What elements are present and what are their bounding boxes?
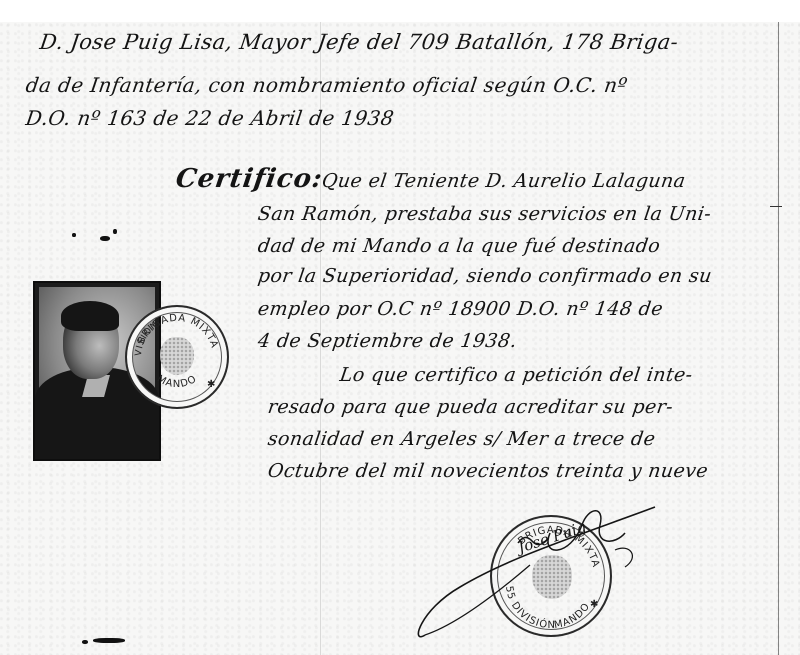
closing-line-4: Octubre del mil novecientos treinta y nu… <box>266 460 709 482</box>
header-line-2: da de Infantería, con nombramiento ofici… <box>24 73 629 97</box>
fold-line-right <box>778 22 779 655</box>
body-line-5: empleo por O.C nº 18900 D.O. nº 148 de <box>256 298 664 320</box>
ink-blot <box>100 236 110 241</box>
stamp-bottom-text: MANDO <box>155 374 199 391</box>
signature-flourish-icon: Jose Puig <box>400 495 660 655</box>
body-line-6: 4 de Septiembre de 1938. <box>256 330 518 352</box>
ink-blot <box>82 640 88 644</box>
header-line-3: D.O. nº 163 de 22 de Abril de 1938 <box>24 106 395 130</box>
body-line-3: dad de mi Mando a la que fué destinado <box>256 235 661 257</box>
signature: Jose Puig <box>400 495 660 655</box>
certifico-label: Certifico: <box>174 164 325 194</box>
closing-line-3: sonalidad en Argeles s/ Mer a trece de <box>266 428 656 450</box>
fold-tick-mark <box>770 206 782 207</box>
header-line-1: D. Jose Puig Lisa, Mayor Jefe del 709 Ba… <box>38 30 680 54</box>
ink-blot <box>113 229 117 234</box>
svg-text:DIVISIÓN: DIVISIÓN <box>123 300 161 357</box>
body-line-1: Que el Teniente D. Aurelio Lalaguna <box>320 170 687 192</box>
body-line-2: San Ramón, prestaba sus servicios en la … <box>256 203 712 225</box>
brigade-stamp-photo: BRIGADA MIXTA DIVISIÓN MANDO ✱ <box>125 305 229 409</box>
ink-blot <box>72 233 76 237</box>
svg-text:MANDO: MANDO <box>155 374 199 391</box>
ink-blot <box>93 638 125 643</box>
star-icon: ✱ <box>207 379 216 390</box>
closing-line-2: resado para que pueda acreditar su per- <box>266 396 674 418</box>
stamp-left-text: DIVISIÓN <box>123 300 161 357</box>
closing-line-1: Lo que certifico a petición del inte- <box>338 364 694 386</box>
signature-text: Jose Puig <box>513 518 589 558</box>
body-line-4: por la Superioridad, siendo confirmado e… <box>256 265 713 287</box>
